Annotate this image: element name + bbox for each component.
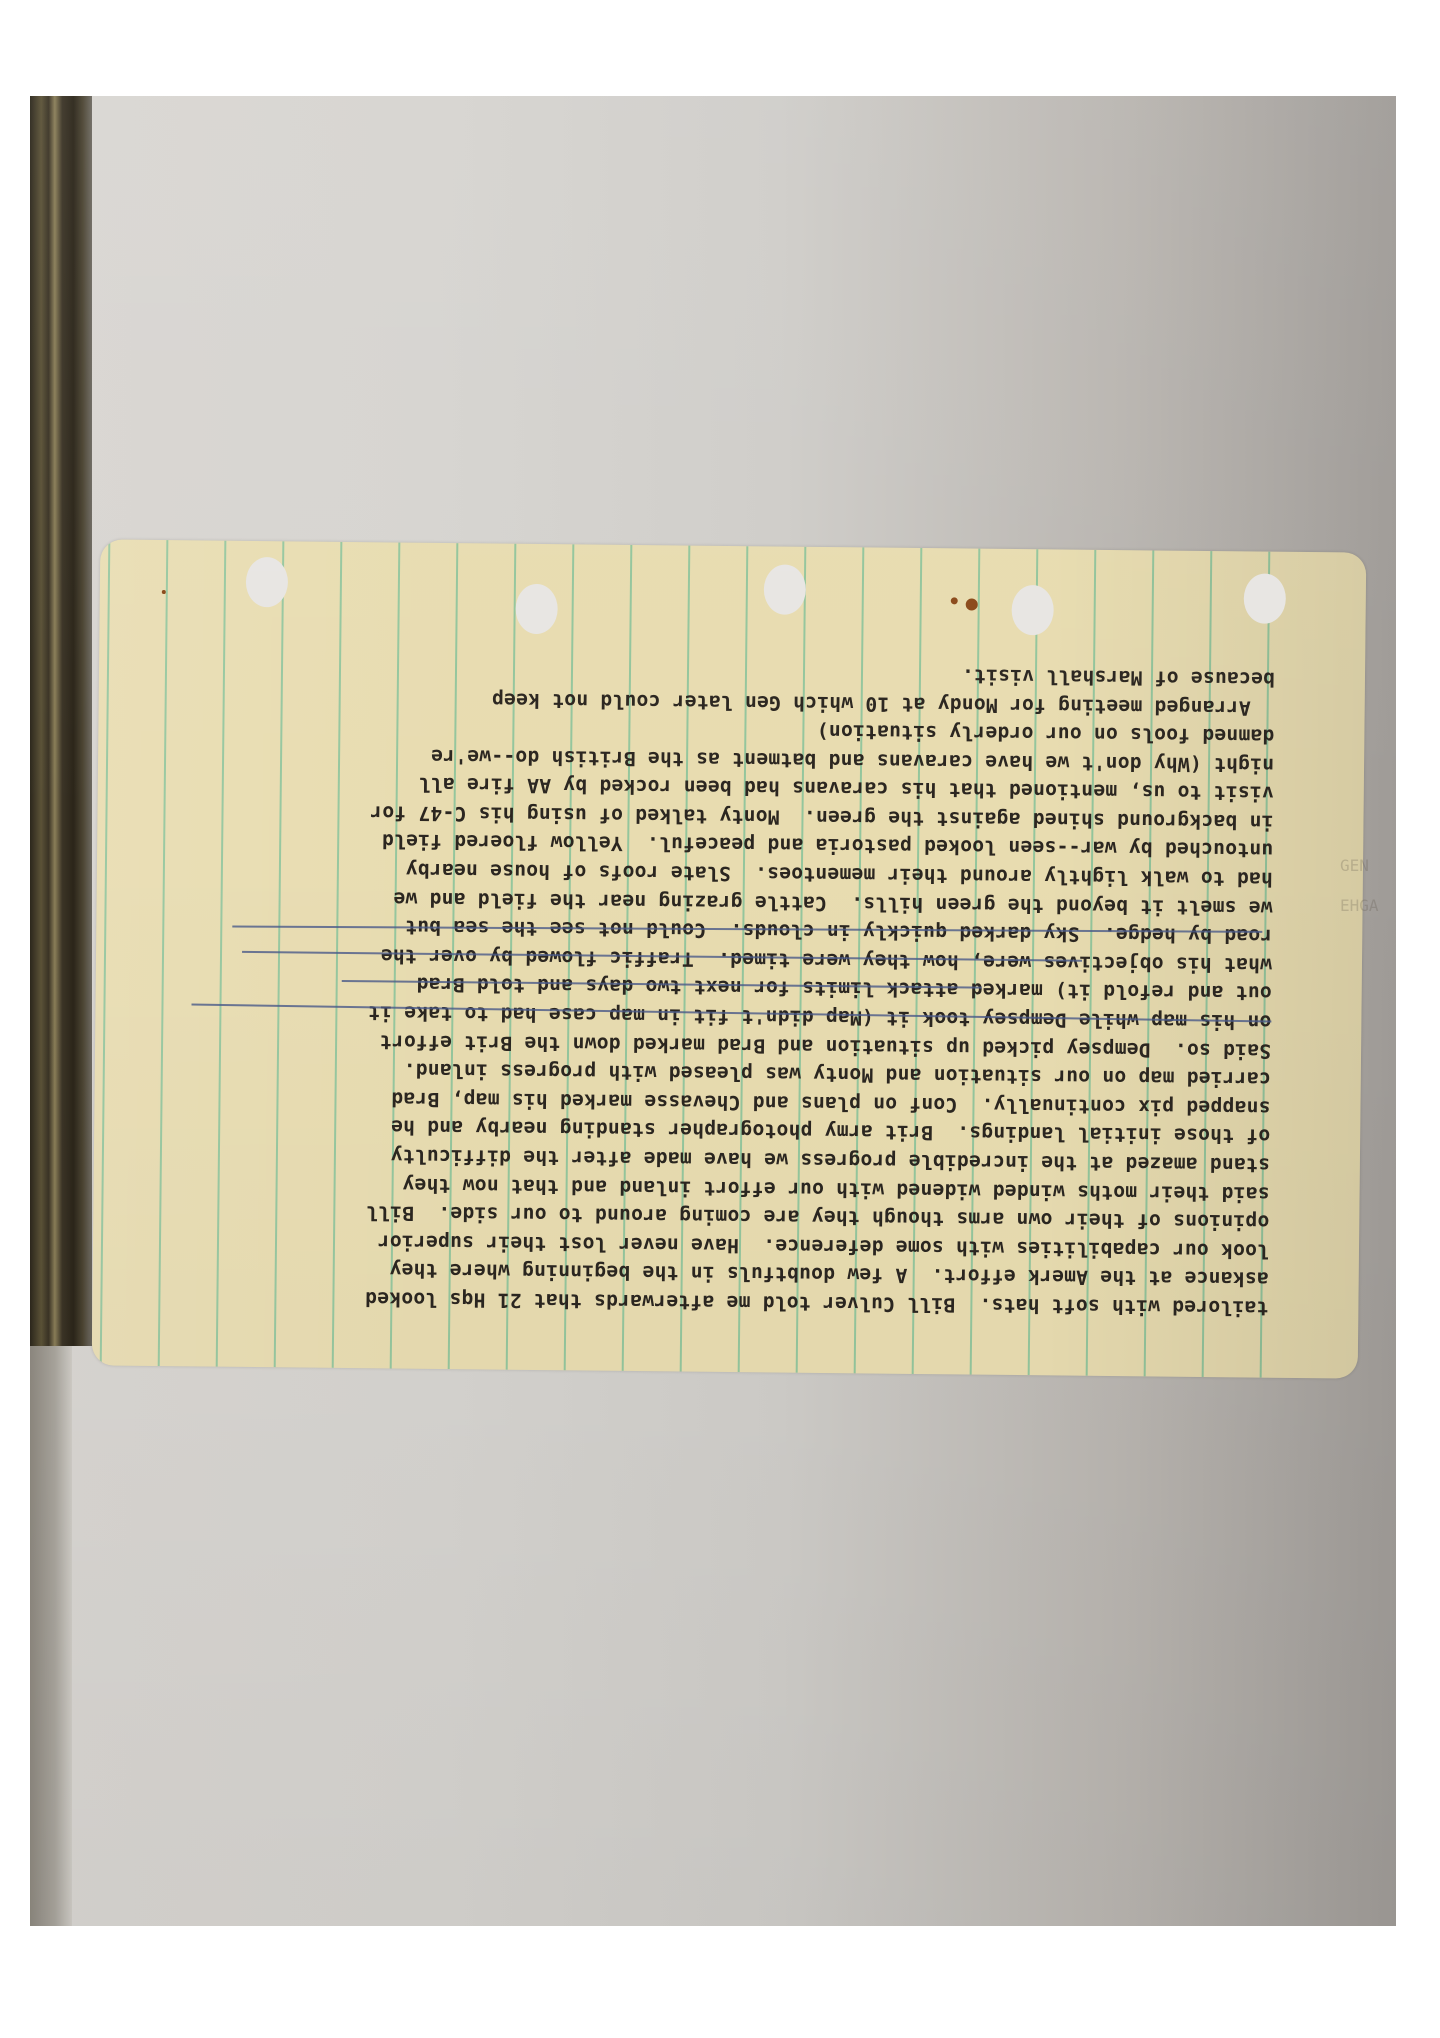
page-edge-shadow [30, 1346, 72, 1926]
rust-stain [162, 590, 166, 594]
rust-stain [951, 597, 958, 604]
rust-stain [966, 598, 978, 610]
bleed-through-text: EHGA [1340, 896, 1379, 915]
punch-hole [1244, 573, 1287, 623]
bleed-through-text: GEN [1340, 856, 1369, 875]
typed-text-block: tailored with soft hats. Bill Culver tol… [162, 652, 1275, 1321]
punch-hole [1011, 585, 1054, 635]
index-card: tailored with soft hats. Bill Culver tol… [92, 539, 1367, 1378]
binder-edge [30, 96, 92, 1346]
punch-hole [515, 584, 558, 634]
punch-hole [764, 564, 807, 614]
scan-photo: tailored with soft hats. Bill Culver tol… [30, 96, 1396, 1926]
punch-hole [246, 557, 289, 607]
